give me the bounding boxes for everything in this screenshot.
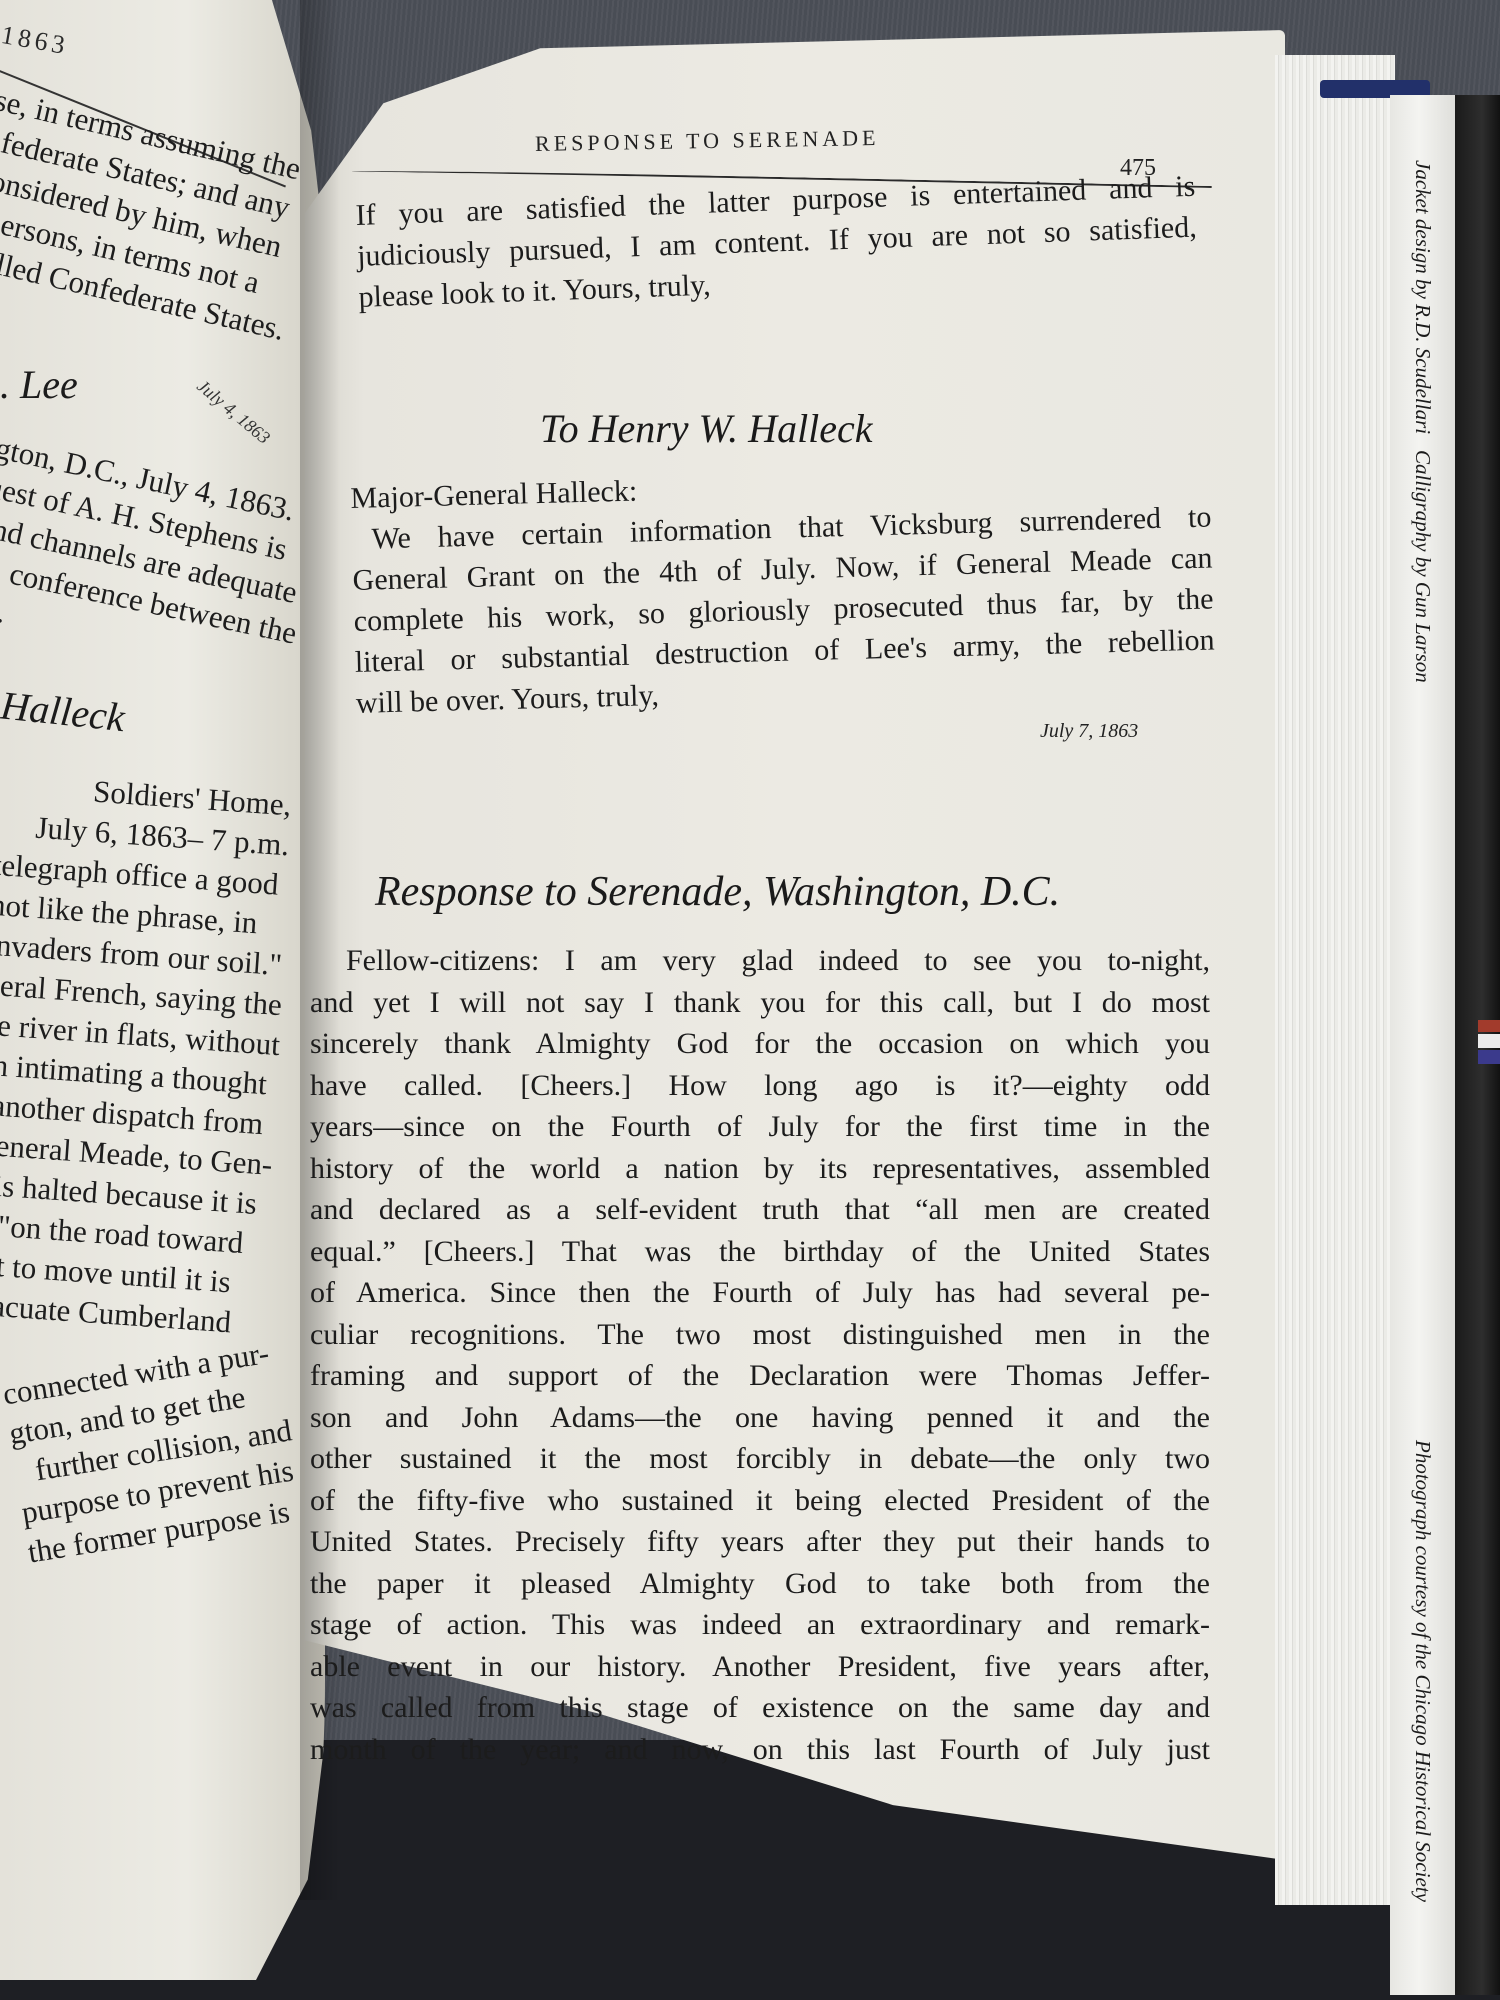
left-page-text: se, in terms assuming the nfederate Stat… [0,80,320,1575]
jacket-design-credit: Jacket design by R.D. Scudellari [1410,160,1435,434]
text-line: of the fifty-five who sustained it being… [310,1480,1210,1522]
left-heading-lee: . Lee [0,361,320,408]
text-line: Fellow-citizens: I am very glad indeed t… [310,940,1210,982]
flag-stripe-blue [1478,1050,1500,1064]
left-heading-halleck: Halleck [0,681,322,761]
text-line: have called. [Cheers.] How long ago is i… [310,1065,1210,1107]
flag-stripe-white [1478,1034,1500,1048]
text-line: and declared as a self-evident truth tha… [310,1189,1210,1231]
halleck-letter: Major-General Halleck: We have certain i… [350,455,1216,723]
left-running-head-year: 1863 [0,20,71,61]
left-page: 1863 se, in terms assuming the nfederate… [0,0,325,1980]
letter-date: July 7, 1863 [1040,720,1138,743]
text-line: and yet I will not say I thank you for t… [310,982,1210,1024]
text-line: United States. Precisely fifty years aft… [310,1521,1210,1563]
text-line: was called from this stage of existence … [310,1687,1210,1729]
text-line: month of the year; and now, on this last… [310,1729,1210,1771]
text-line: stage of action. This was indeed an extr… [310,1604,1210,1646]
text-line: able event in our history. Another Presi… [310,1646,1210,1688]
text-line: of America. Since then the Fourth of Jul… [310,1272,1210,1314]
text-line: framing and support of the Declaration w… [310,1355,1210,1397]
text-line: sincerely thank Almighty God for the occ… [310,1023,1210,1065]
section-title-halleck: To Henry W. Halleck [540,405,873,452]
calligraphy-credit: Calligraphy by Gun Larson [1410,450,1435,683]
flag-stripe-red [1478,1020,1500,1032]
text-line: son and John Adams—the one having penned… [310,1397,1210,1439]
text-line: history of the world a nation by its rep… [310,1148,1210,1190]
section-title-serenade: Response to Serenade, Washington, D.C. [375,868,1060,916]
photograph-credit: Photograph courtesy of the Chicago Histo… [1410,1440,1435,1902]
page-edges [1275,55,1395,1905]
text-line: equal.” [Cheers.] That was the birthday … [310,1231,1210,1273]
text-line: years—since on the Fourth of July for th… [310,1106,1210,1148]
serenade-speech: Fellow-citizens: I am very glad indeed t… [310,940,1210,1770]
text-line: culiar recognitions. The two most distin… [310,1314,1210,1356]
text-line: other sustained it the most forcibly in … [310,1438,1210,1480]
text-line: the paper it pleased Almighty God to tak… [310,1563,1210,1605]
